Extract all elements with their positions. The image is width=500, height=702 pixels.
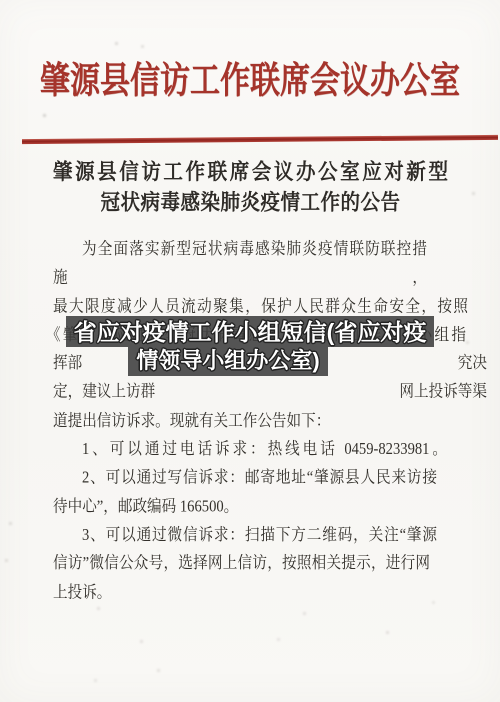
body-line-5-left-fragment: 定，建议上访群 [53, 379, 155, 408]
scan-noise-specks [0, 0, 3, 3]
notice-title-line-2: 冠状病毒感染肺炎疫情工作的公告 [53, 188, 448, 218]
subtitle-line-2: 情领导小组办公室) [128, 347, 327, 376]
item-3-wechat-line-2: 信访”微信公众号，选择网上信访，按照相关提示，进行网 [53, 550, 430, 579]
notice-body: 为全面落实新型冠状病毒感染肺炎疫情联防联控措施， 最大限度减少人员流动聚集，保护… [53, 236, 489, 608]
body-line-5-right-fragment: 网上投诉等渠 [399, 379, 487, 408]
subtitle-row-1: 省应对疫情工作小组短信(省应对疫 [0, 316, 500, 347]
item-2-mail-line-1: 2、可以通过写信诉求：邮寄地址“肇源县人民来访接 [53, 465, 437, 494]
subtitle-line-1: 省应对疫情工作小组短信(省应对疫 [66, 316, 435, 347]
notice-title: 肇源县信访工作联席会议办公室应对新型 冠状病毒感染肺炎疫情工作的公告 [53, 158, 448, 219]
document-header-org-title: 肇源县信访工作联席会议办公室 [0, 50, 500, 104]
notice-title-line-1: 肇源县信访工作联席会议办公室应对新型 [53, 158, 448, 188]
subtitle-row-2: 情领导小组办公室) [0, 347, 500, 376]
body-line-5-partially-covered: 定，建议上访群 网上投诉等渠 [53, 379, 487, 408]
red-separator-line [22, 135, 498, 144]
item-1-phone-line: 1、可以通过电话诉求：热线电话 0459-8233981。 [53, 436, 447, 465]
item-3-wechat-line-3: 上投诉。 [53, 579, 489, 608]
item-2-mail-line-2: 待中心”，邮政编码 166500。 [53, 493, 489, 522]
body-line-6: 道提出信访诉求。现就有关工作公告如下： [53, 408, 489, 437]
subtitle-overlay: 省应对疫情工作小组短信(省应对疫 情领导小组办公室) [0, 316, 500, 376]
scanned-notice-page: 肇源县信访工作联席会议办公室 肇源县信访工作联席会议办公室应对新型 冠状病毒感染… [0, 0, 500, 702]
item-3-wechat-line-1: 3、可以通过微信诉求：扫描下方二维码，关注“肇源 [53, 522, 437, 551]
body-line-1: 为全面落实新型冠状病毒感染肺炎疫情联防联控措施， [53, 236, 427, 293]
